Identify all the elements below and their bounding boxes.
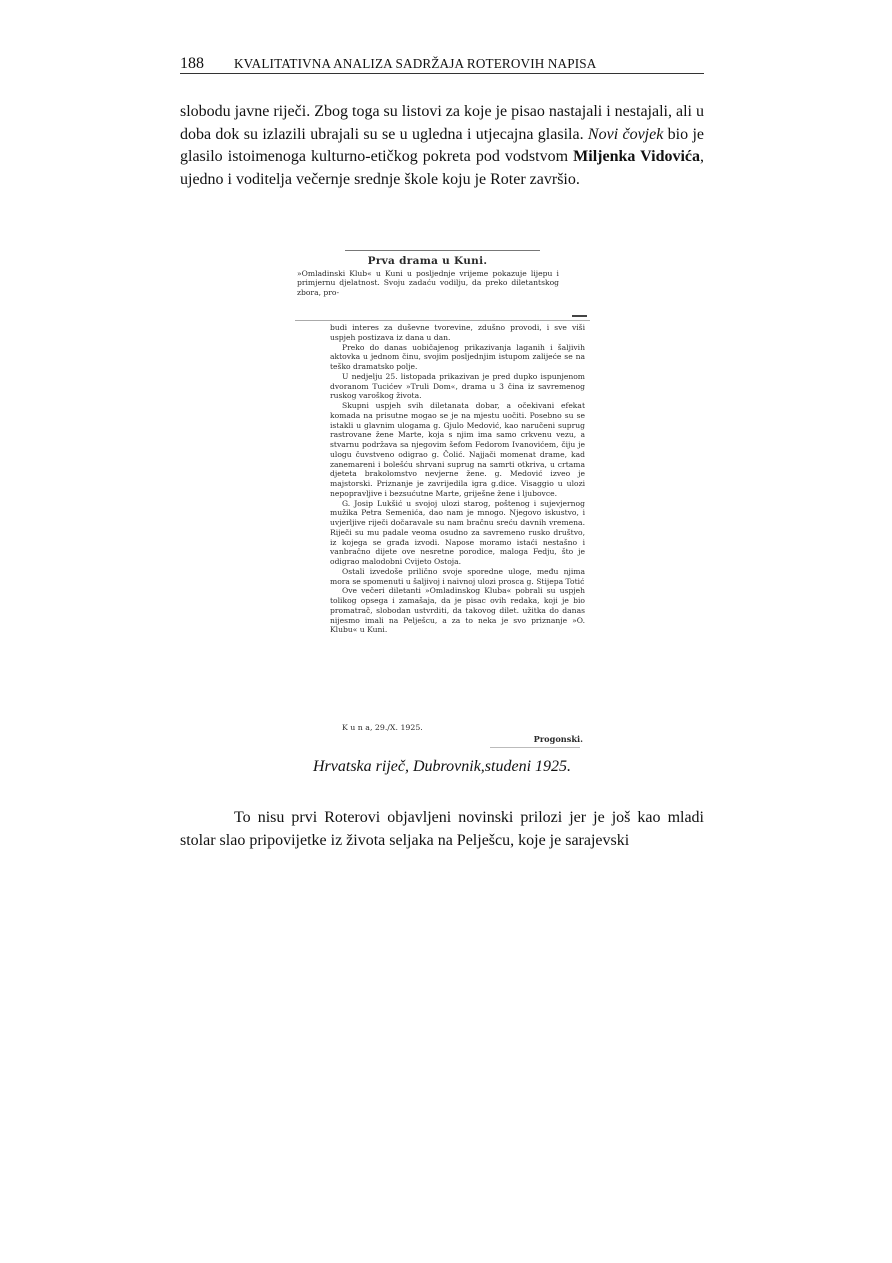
clipping-paragraph: Skupni uspjeh svih diletanata dobar, a o… <box>330 401 585 499</box>
clipping-fold-rule <box>295 320 590 321</box>
running-head: 188 KVALITATIVNA ANALIZA SADRŽAJA ROTERO… <box>180 53 704 74</box>
clipping-dateline: K u n a, 29./X. 1925. <box>342 723 423 732</box>
clipping-top-rule <box>345 250 540 251</box>
page-number: 188 <box>180 55 204 73</box>
clipping-body: budi interes za duševne tvorevine, zdušn… <box>330 323 585 635</box>
newspaper-clipping: Prva drama u Kuni. »Omladinski Klub« u K… <box>290 245 595 750</box>
clipping-paragraph: G. Josip Lukšić u svojoj ulozi starog, p… <box>330 499 585 567</box>
clipping-bottom-rule <box>490 747 580 748</box>
clipping-paragraph: Ove večeri diletanti »Omladinskog Kluba«… <box>330 586 585 635</box>
clipping-paragraph: U nedjelju 25. listopada prikazivan je p… <box>330 372 585 401</box>
clipping-headline: Prva drama u Kuni. <box>290 255 565 267</box>
running-title: KVALITATIVNA ANALIZA SADRŽAJA ROTEROVIH … <box>234 56 596 72</box>
clipping-paragraph: budi interes za duševne tvorevine, zdušn… <box>330 323 585 343</box>
clipping-paragraph: Ostali izvedoše prilično svoje sporedne … <box>330 567 585 587</box>
clipping-column-mark <box>572 315 587 317</box>
clipping-signature: Progonski. <box>534 734 583 744</box>
clipping-intro: »Omladinski Klub« u Kuni u posljednje vr… <box>297 269 559 297</box>
body-paragraph-2: To nisu prvi Roterovi objavljeni novinsk… <box>180 807 704 852</box>
publication-title: Novi čovjek <box>588 126 663 143</box>
clipping-paragraph: Preko do danas uobičajenog prikazivanja … <box>330 343 585 372</box>
person-name: Miljenka Vidovića <box>573 148 700 165</box>
figure-caption: Hrvatska riječ, Dubrovnik,studeni 1925. <box>180 758 704 776</box>
body-paragraph-1: slobodu javne riječi. Zbog toga su listo… <box>180 101 704 191</box>
